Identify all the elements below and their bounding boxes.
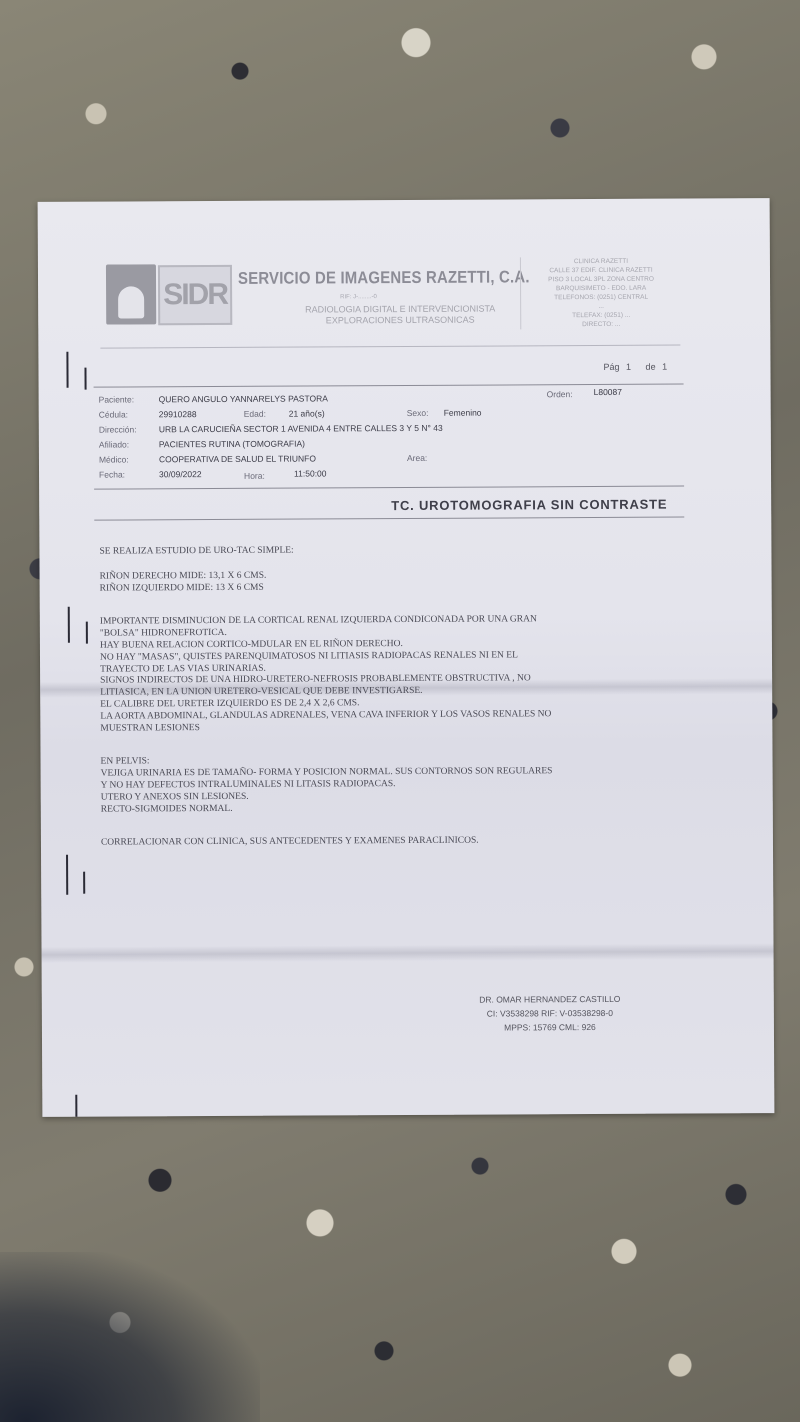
doctor-ids: CI: V3538298 RIF: V-03538298-0 bbox=[450, 1006, 650, 1021]
signature-block: DR. OMAR HERNANDEZ CASTILLO CI: V3538298… bbox=[450, 992, 650, 1035]
divider bbox=[100, 345, 680, 349]
clinic-logo-icon bbox=[106, 264, 156, 324]
logo-wordmark: SIDR bbox=[158, 265, 232, 325]
value-afiliado: PACIENTES RUTINA (TOMOGRAFIA) bbox=[159, 439, 305, 450]
fabric-shadow bbox=[0, 1252, 260, 1422]
report-body: SE REALIZA ESTUDIO DE URO-TAC SIMPLE: RI… bbox=[99, 543, 701, 849]
pen-mark bbox=[66, 352, 68, 388]
label-hora: Hora: bbox=[244, 471, 265, 481]
pen-mark bbox=[66, 855, 68, 895]
report-conclusion: CORRELACIONAR CON CLINICA, SUS ANTECEDEN… bbox=[101, 835, 701, 850]
clinic-address-block: CLINICA RAZETTI CALLE 37 EDIF. CLINICA R… bbox=[520, 257, 681, 330]
value-hora: 11:50:00 bbox=[294, 468, 327, 478]
label-paciente: Paciente: bbox=[99, 394, 135, 404]
label-orden: Orden: bbox=[547, 389, 573, 399]
value-medico: COOPERATIVA DE SALUD EL TRIUNFO bbox=[159, 453, 316, 464]
page-label: Pág bbox=[603, 362, 619, 372]
label-medico: Médico: bbox=[99, 454, 129, 464]
value-direccion: URB LA CARUCIEÑA SECTOR 1 AVENIDA 4 ENTR… bbox=[159, 423, 443, 434]
label-direccion: Dirección: bbox=[99, 424, 137, 434]
label-area: Area: bbox=[407, 453, 427, 463]
row-fecha: Fecha: 30/09/2022 Hora: 11:50:00 bbox=[99, 466, 699, 484]
paper-fold bbox=[42, 943, 774, 963]
value-sexo: Femenino bbox=[444, 408, 482, 418]
pen-mark bbox=[83, 872, 85, 894]
value-fecha: 30/09/2022 bbox=[159, 469, 202, 479]
divider bbox=[94, 486, 684, 490]
label-fecha: Fecha: bbox=[99, 469, 125, 479]
patient-info: Paciente: QUERO ANGULO YANNARELYS PASTOR… bbox=[99, 391, 699, 484]
label-cedula: Cédula: bbox=[99, 409, 128, 419]
doctor-registry: MPPS: 15769 CML: 926 bbox=[450, 1020, 650, 1035]
company-name: SERVICIO DE IMAGENES RAZETTI, C.A. bbox=[238, 267, 530, 289]
letterhead: SIDR SERVICIO DE IMAGENES RAZETTI, C.A. … bbox=[100, 256, 700, 354]
pen-mark bbox=[84, 368, 86, 390]
pen-mark bbox=[75, 1095, 77, 1117]
study-title: TC. UROTOMOGRAFIA SIN CONTRASTE bbox=[391, 497, 667, 513]
page-current: 1 bbox=[626, 362, 631, 372]
service-line: RADIOLOGIA DIGITAL E INTERVENCIONISTA bbox=[270, 303, 530, 315]
label-afiliado: Afiliado: bbox=[99, 439, 129, 449]
page-of-label: de bbox=[646, 362, 656, 372]
label-sexo: Sexo: bbox=[407, 408, 429, 418]
value-paciente: QUERO ANGULO YANNARELYS PASTORA bbox=[159, 393, 328, 404]
company-rif: RIF: J-........-0 bbox=[340, 294, 377, 300]
page-total: 1 bbox=[662, 362, 667, 372]
address-line: DIRECTO: ... bbox=[521, 320, 681, 330]
pen-mark bbox=[86, 622, 88, 644]
page-number: Pág 1 de 1 bbox=[603, 362, 667, 372]
doctor-name: DR. OMAR HERNANDEZ CASTILLO bbox=[450, 992, 650, 1007]
service-line: EXPLORACIONES ULTRASONICAS bbox=[270, 314, 530, 326]
pen-mark bbox=[68, 607, 70, 643]
value-orden: L80087 bbox=[594, 387, 622, 397]
company-services: RADIOLOGIA DIGITAL E INTERVENCIONISTA EX… bbox=[270, 303, 530, 326]
label-edad: Edad: bbox=[244, 409, 266, 419]
value-cedula: 29910288 bbox=[159, 409, 197, 419]
divider bbox=[94, 517, 684, 521]
value-edad: 21 año(s) bbox=[289, 408, 325, 418]
medical-report-document: SIDR SERVICIO DE IMAGENES RAZETTI, C.A. … bbox=[38, 198, 775, 1117]
